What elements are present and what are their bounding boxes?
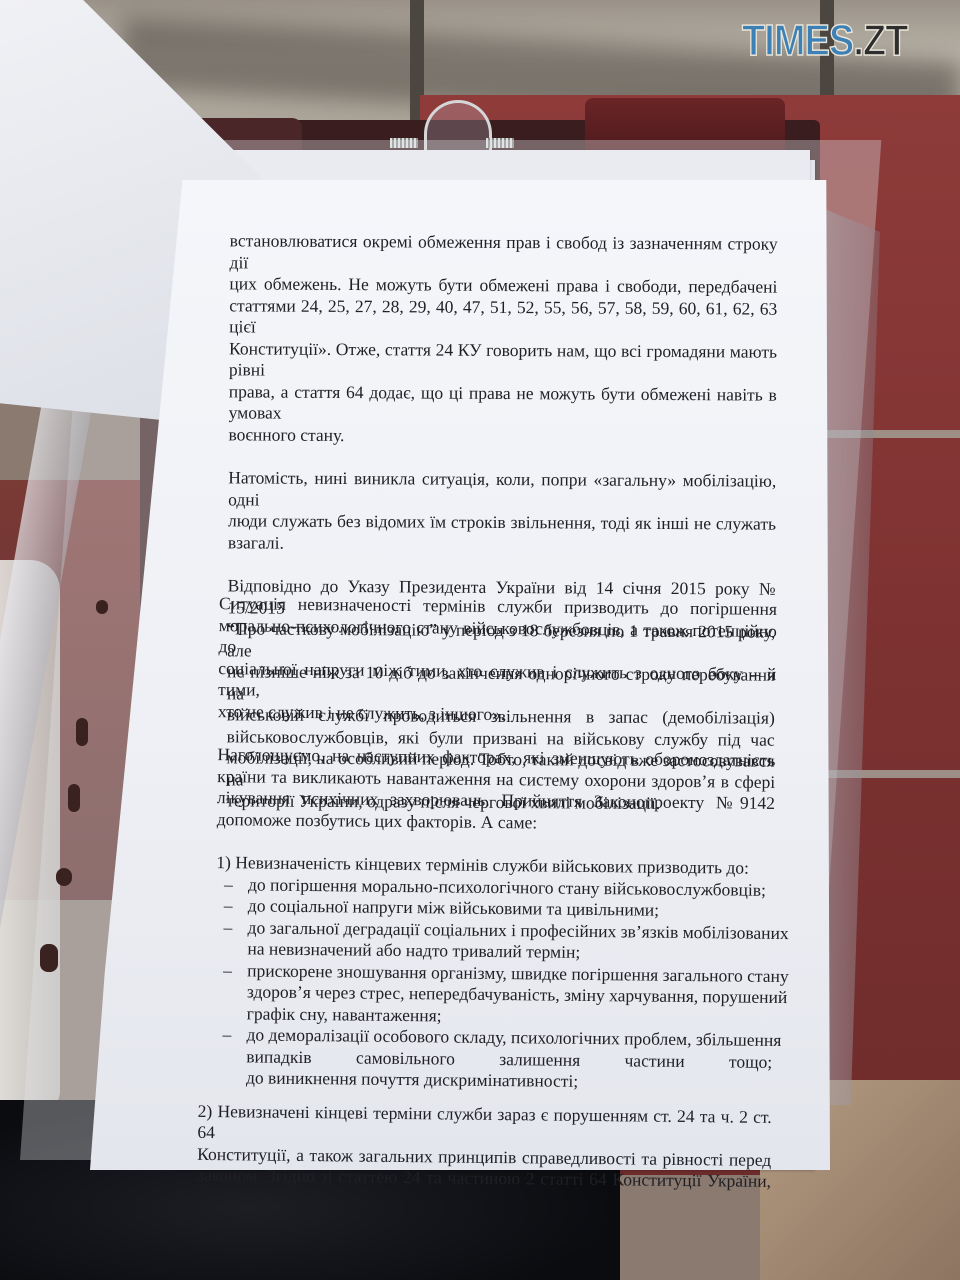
text-line: морально-психологічного стану військовос…	[218, 615, 776, 664]
list-item: прискорене зношування організму, швидке …	[215, 960, 774, 1030]
point-1-list: до погіршення морально-психологічного ст…	[214, 874, 774, 1095]
text-line: 2) Невизначені кінцеві терміни служби за…	[197, 1100, 771, 1149]
document-body-lower: Ситуація невизначеності термінів служби …	[213, 593, 777, 1192]
point-2: 2) Невизначені кінцеві терміни служби за…	[197, 1100, 772, 1192]
text-line: воєнного стану.	[228, 424, 776, 449]
paragraph-4: Ситуація невизначеності термінів служби …	[218, 593, 777, 728]
punch-hole	[68, 784, 80, 812]
text-line: Конституції». Отже, стаття 24 КУ говорит…	[229, 338, 777, 384]
watermark-secondary: .ZT	[853, 16, 907, 65]
list-item: до загальної деградації соціальних і про…	[215, 917, 773, 966]
punch-hole	[56, 868, 72, 886]
point-1: 1) Невизначеність кінцевих термінів служ…	[214, 852, 774, 1094]
text-line: статтями 24, 25, 27, 28, 29, 40, 47, 51,…	[229, 295, 777, 341]
paragraph-1: встановлюватися окремі обмеження прав і …	[228, 230, 777, 448]
punch-hole	[40, 944, 58, 972]
watermark-primary: TIMES	[742, 16, 853, 65]
list-item: до деморалізації особового складу, психо…	[214, 1024, 773, 1094]
photo-scene: встановлюватися окремі обмеження прав і …	[0, 0, 960, 1280]
paragraph-2: Натомість, нині виникла ситуація, коли, …	[228, 467, 777, 556]
times-zt-watermark-logo: TIMES.ZT	[742, 16, 907, 66]
text-line: соціальної напруги між тими, хто служив …	[218, 658, 776, 707]
paragraph-5: Наголошуємо, на наступних факторах, які …	[217, 744, 776, 836]
punch-hole	[76, 718, 88, 746]
punch-hole	[96, 600, 108, 614]
text-line: люди служать без відомих їм строків звіл…	[228, 510, 776, 535]
text-line: встановлюватися окремі обмеження прав і …	[230, 230, 778, 276]
text-line: права, а стаття 64 додає, що ці права не…	[229, 381, 777, 427]
text-line: Натомість, нині виникла ситуація, коли, …	[228, 467, 776, 513]
text-line: цих обмежень. Не можуть бути обмежені пр…	[229, 273, 777, 298]
